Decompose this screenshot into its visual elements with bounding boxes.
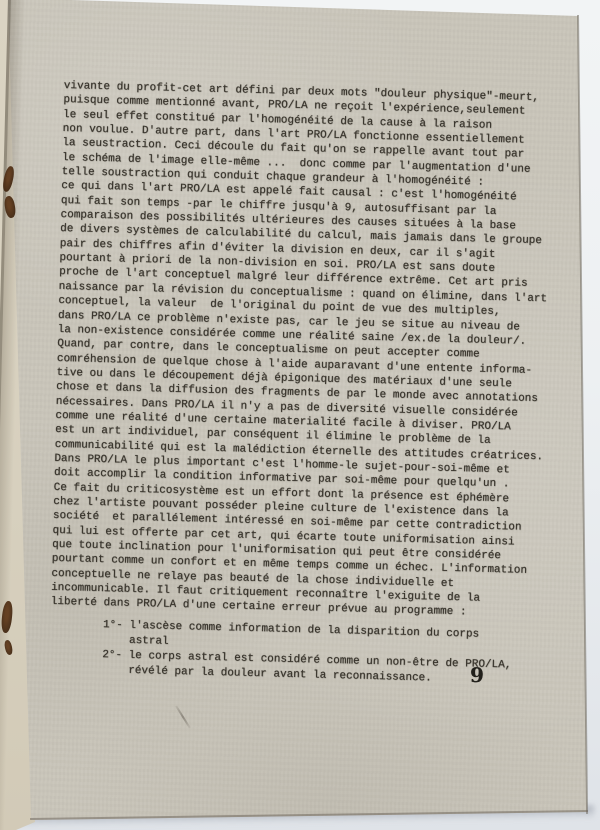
page-text: vivante du profit-cet art défini par deu… <box>49 79 569 689</box>
page-number: 9 <box>470 663 484 687</box>
paragraph-text: vivante du profit-cet art défini par deu… <box>51 79 569 622</box>
photo-scene: vivante du profit-cet art défini par deu… <box>0 0 600 830</box>
